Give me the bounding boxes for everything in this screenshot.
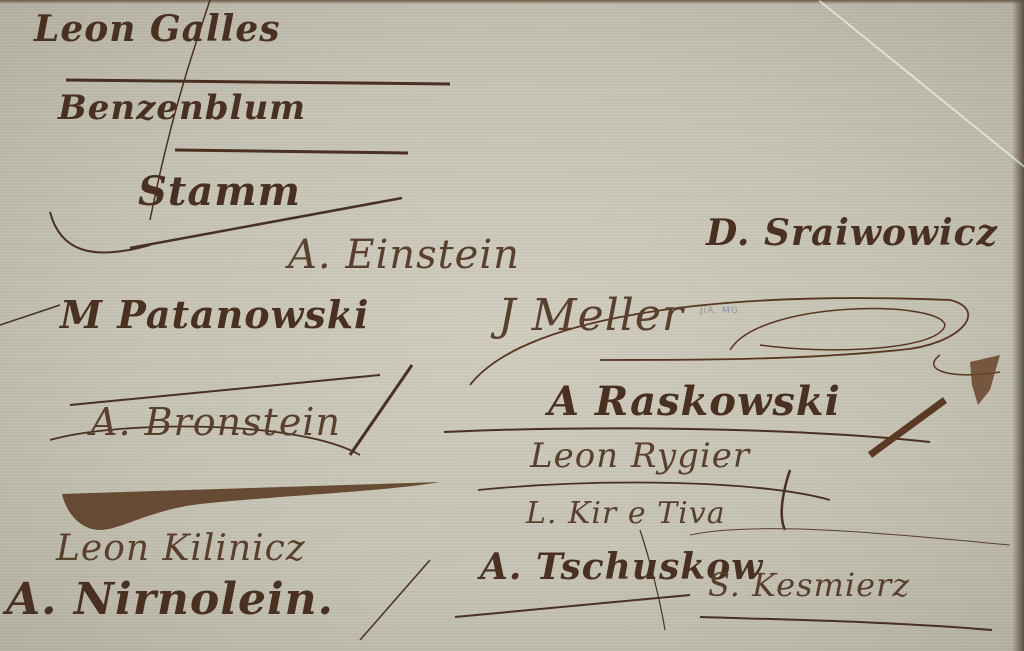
signature-rygier: Leon Rygier bbox=[530, 436, 750, 476]
signature-nirnolein: A. Nirnolein. bbox=[6, 574, 334, 625]
signature-kesmierz: S. Kesmierz bbox=[708, 566, 910, 604]
signature-sraiwowicz: D. Sraiwowicz bbox=[706, 212, 998, 254]
signature-kir-tiva: L. Kir e Tiva bbox=[526, 496, 726, 531]
signature-bronstein: A. Bronstein bbox=[90, 400, 341, 444]
signature-kilinicz: Leon Kilinicz bbox=[56, 528, 306, 569]
signature-stamm: Stamm bbox=[138, 168, 301, 215]
signature-meller: J Meller bbox=[498, 290, 684, 341]
faded-stamp: JIA. MG bbox=[700, 306, 739, 316]
signature-einstein: A. Einstein bbox=[288, 232, 520, 278]
signature-galles: Leon Galles bbox=[34, 8, 281, 50]
signature-sheet: JIA. MG Leon Galles Benzenblum Stamm A. … bbox=[0, 0, 1024, 651]
signature-raskowski: A Raskowski bbox=[548, 378, 841, 425]
signature-patanowski: M Patanowski bbox=[60, 292, 370, 337]
signature-benzenblum: Benzenblum bbox=[58, 88, 306, 128]
